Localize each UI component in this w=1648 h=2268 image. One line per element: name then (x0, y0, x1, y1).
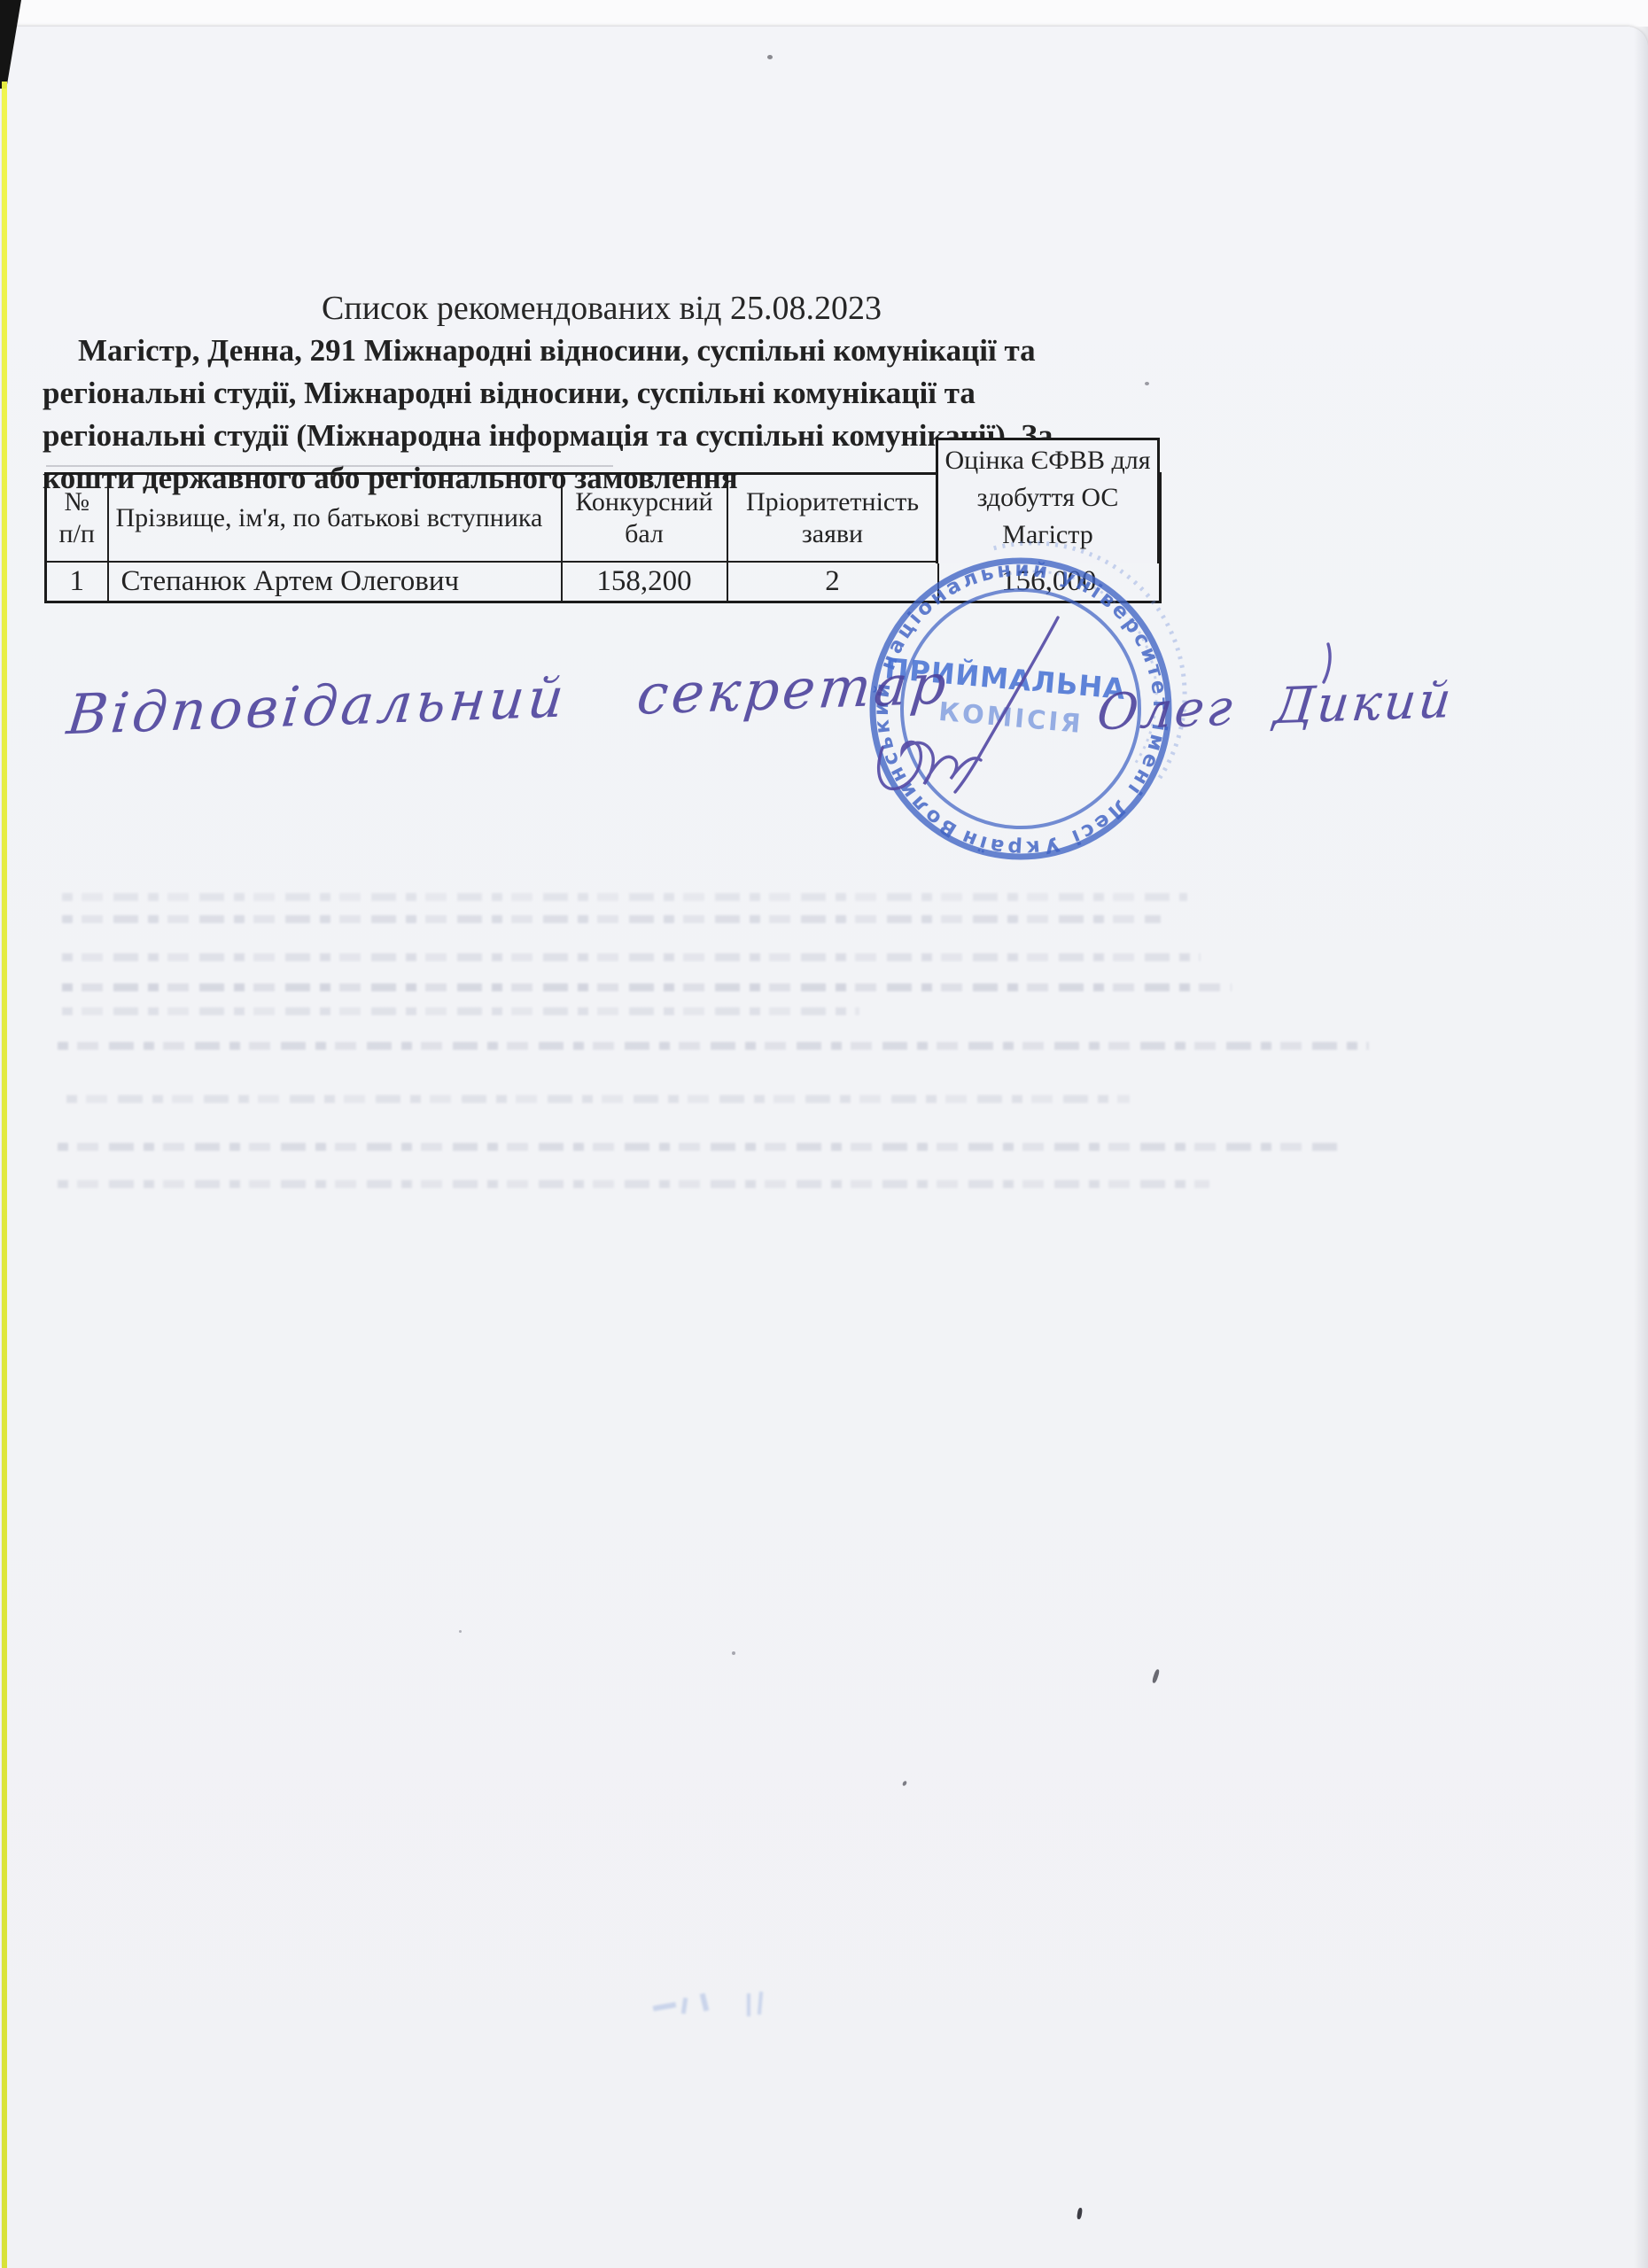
bleed-through-line (62, 915, 1161, 923)
scan-speck (1145, 382, 1149, 385)
cell-number: 1 (46, 562, 108, 602)
header-competitive-score: Конкурсний бал (562, 474, 727, 563)
intro-line-1: Магістр, Денна, 291 Міжнародні відносини… (43, 330, 1185, 372)
bleed-through-line (66, 1095, 1130, 1103)
scan-speck (459, 1630, 462, 1633)
scan-edge-yellow-line (2, 82, 7, 2268)
stamp-center-line2: КОМІСІЯ (937, 696, 1084, 739)
header-number: № п/п (46, 474, 108, 563)
scanned-document-page: Список рекомендованих від 25.08.2023 Маг… (0, 0, 1648, 2268)
bleed-through-line (58, 1042, 1369, 1050)
bleed-through-line (58, 1180, 1209, 1188)
bleed-through-line (62, 983, 1232, 991)
scan-double-line-artifact (46, 465, 613, 467)
bleed-through-line (58, 1143, 1342, 1151)
cell-competitive-score: 158,200 (562, 562, 727, 602)
bleed-through-line (62, 1007, 859, 1015)
scan-speck (732, 1651, 735, 1655)
faded-ink-smudge (747, 1993, 750, 2016)
header-full-name: Прізвище, ім'я, по батькові вступника (108, 474, 562, 563)
document-title: Список рекомендованих від 25.08.2023 (43, 289, 1161, 328)
scan-speck (767, 55, 773, 59)
intro-line-2: регіональні студії, Міжнародні відносини… (43, 372, 1185, 415)
bleed-through-line (62, 953, 1201, 961)
paper-edge-shadow (1634, 27, 1648, 2268)
cell-full-name: Степанюк Артем Олегович (108, 562, 562, 602)
bleed-through-line (62, 893, 1187, 901)
